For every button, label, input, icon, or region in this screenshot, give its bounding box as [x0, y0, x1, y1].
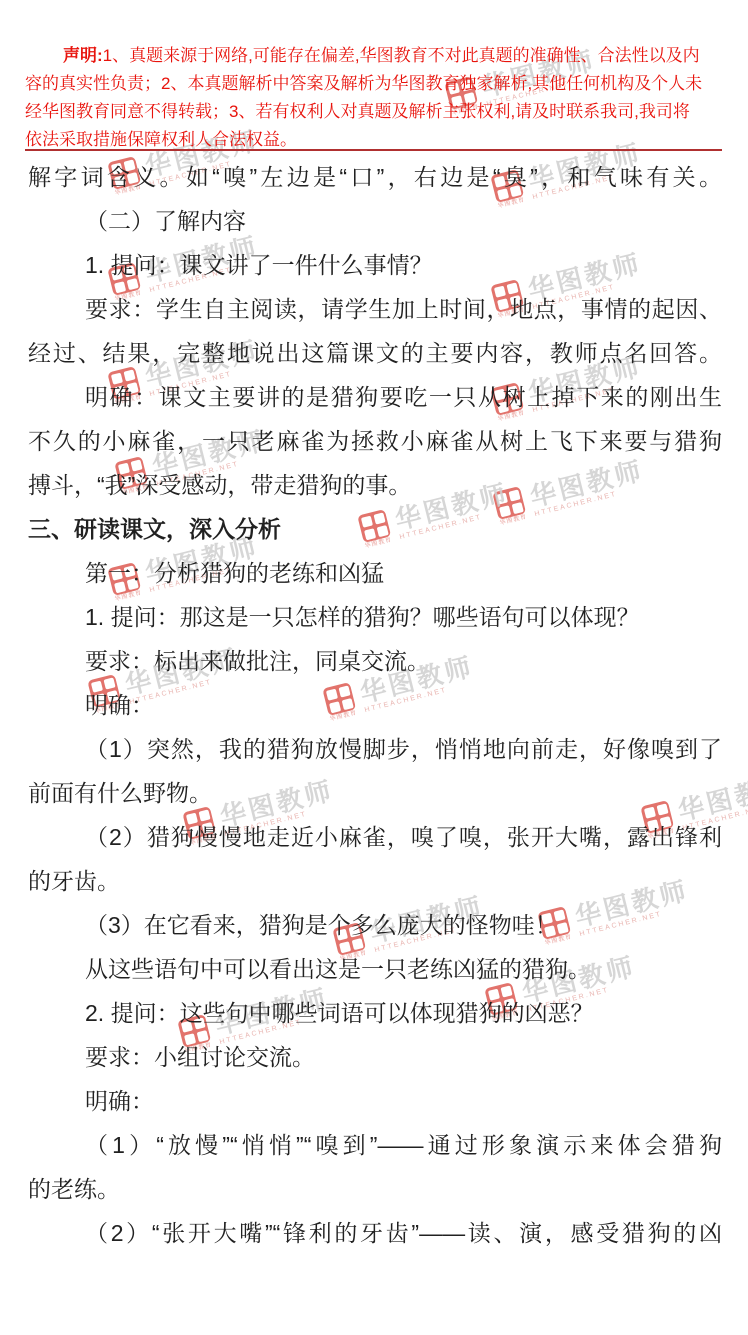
watermark-brand-text: 华图教师 — [675, 771, 748, 824]
document-page: 华图教育华图教师HTTEACHER.NET华图教育华图教师HTTEACHER.N… — [0, 0, 748, 1335]
body-line: 搏斗，“我”深受感动，带走猎狗的事。 — [28, 469, 411, 501]
body-line: 前面有什么野物。 — [28, 777, 212, 809]
watermark-logo-caption: 华图教育 — [363, 537, 394, 551]
disclaimer-line: 经华图教育同意不得转载；3、若有权利人对真题及解析主张权利,请及时联系我司,我司… — [25, 101, 690, 123]
watermark-url-text: HTTEACHER.NET — [399, 506, 514, 542]
disclaimer-line: 容的真实性负责；2、本真题解析中答案及解析为华图教育独家解析,其他任何机构及个人… — [25, 73, 702, 95]
watermark-url-text: HTTEACHER.NET — [534, 483, 649, 519]
body-line: 从这些语句中可以看出这是一只老练凶猛的猎狗。 — [85, 953, 591, 985]
body-line: 明确： — [85, 689, 154, 721]
body-line: 解字词含义。如“嗅”左边是“口”，右边是“臭”，和气味有关。 — [28, 161, 722, 193]
watermark-logo-caption: 华图教育 — [328, 710, 359, 724]
body-line: （2）“张开大嘴”“锋利的牙齿”——读、演，感受猎狗的凶 — [85, 1217, 722, 1249]
huatu-logo-icon: 华图教育 — [356, 509, 394, 551]
huatu-logo-icon: 华图教育 — [321, 682, 359, 724]
body-line: 明确：课文主要讲的是猎狗要吃一只从树上掉下来的刚出生 — [85, 381, 722, 413]
body-line: （二）了解内容 — [85, 205, 246, 237]
divider-rule — [25, 149, 722, 151]
body-line: 要求：学生自主阅读，请学生加上时间，地点，事情的起因、 — [85, 293, 722, 325]
body-line: 2. 提问：这些句中哪些词语可以体现猎狗的凶恶？ — [85, 997, 594, 1029]
body-line: 的牙齿。 — [28, 865, 120, 897]
body-line: 不久的小麻雀，一只老麻雀为拯救小麻雀从树上飞下来要与猎狗 — [28, 425, 722, 457]
watermark-url-text: HTTEACHER.NET — [579, 903, 694, 939]
watermark: 华图教育华图教师HTTEACHER.NET — [500, 492, 720, 552]
watermark-brand-text: 华图教师 — [527, 457, 646, 510]
disclaimer-line: 依法采取措施保障权利人合法权益。 — [25, 129, 297, 151]
body-line: 要求：标出来做批注，同桌交流。 — [85, 645, 430, 677]
watermark-brand-text: 华图教师 — [572, 877, 691, 930]
body-line: 明确： — [85, 1085, 154, 1117]
body-line: 经过、结果，完整地说出这篇课文的主要内容，教师点名回答。 — [28, 337, 722, 369]
watermark: 华图教育华图教师HTTEACHER.NET — [365, 515, 585, 575]
body-line: （1）“放慢”“悄悄”“嗅到”——通过形象演示来体会猎狗 — [85, 1129, 722, 1161]
body-line: （3）在它看来，猎狗是个多么庞大的怪物哇！ — [85, 909, 558, 941]
body-line: 1. 提问：那这是一只怎样的猎狗？哪些语句可以体现？ — [85, 601, 640, 633]
body-line: 1. 提问：课文讲了一件什么事情？ — [85, 249, 433, 281]
watermark-logo-caption: 华图教育 — [498, 514, 529, 528]
section-heading: 三、研读课文，深入分析 — [28, 513, 281, 545]
body-line: （1）突然，我的猎狗放慢脚步，悄悄地向前走，好像嗅到了 — [85, 733, 722, 765]
watermark-logo-caption: 华图教育 — [496, 197, 527, 211]
disclaimer-label: 声明: — [63, 46, 103, 65]
body-line: 的老练。 — [28, 1173, 120, 1205]
body-line: （2）猎狗慢慢地走近小麻雀，嗅了嗅，张开大嘴，露出锋利 — [85, 821, 722, 853]
huatu-logo-icon: 华图教育 — [491, 486, 529, 528]
body-line: 第一：分析猎狗的老练和凶猛 — [85, 557, 384, 589]
disclaimer-line: 声明:1、真题来源于网络,可能存在偏差,华图教育不对此真题的准确性、合法性以及内 — [63, 45, 700, 67]
watermark-url-text: HTTEACHER.NET — [364, 679, 479, 715]
body-line: 要求：小组讨论交流。 — [85, 1041, 315, 1073]
